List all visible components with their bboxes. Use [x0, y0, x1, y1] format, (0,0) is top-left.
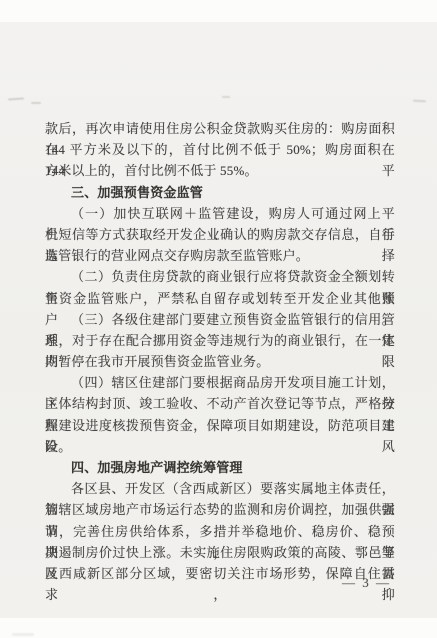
scan-artifact	[222, 96, 230, 98]
body-line: 144 平方米及以下的，首付比例不低于 50%；购房面积在 144 平	[45, 139, 395, 160]
body-line: （三）各级住建部门要建立预售资金监管银行的信用管理体	[45, 309, 395, 330]
body-line: （二）负责住房贷款的商业银行应将贷款资金全额划转至预	[45, 266, 395, 287]
scan-artifact	[31, 102, 41, 104]
body-line: 程建设进度核拨预售资金，保障项目如期建设，防范项目建设风	[45, 415, 395, 436]
body-line: 节，完善住房供给体系，多措并举稳地价、稳房价、稳预期，坚	[45, 521, 395, 542]
body-line: 各区县、开发区（含西咸新区）要落实属地主体责任，加强	[45, 478, 395, 499]
scanned-document-canvas: 款后，再次申请使用住房公积金贷款购买住房的：购房面积在 144 平方米及以下的，…	[0, 0, 437, 638]
body-line: 决遏制房价过快上涨。未实施住房限购政策的高陵、鄠邑等区县	[45, 542, 395, 563]
document-page: 款后，再次申请使用住房公积金贷款购买住房的：购房面积在 144 平方米及以下的，…	[0, 22, 437, 618]
section-heading-4: 四、加强房地产调控统筹管理	[45, 457, 395, 478]
body-line: 主体结构封顶、竣工验收、不动产首次登记等节点，严格按照工	[45, 393, 395, 414]
body-line: 款后，再次申请使用住房公积金贷款购买住房的：购房面积在	[45, 118, 395, 139]
scan-artifact	[413, 100, 426, 103]
document-text-block: 款后，再次申请使用住房公积金贷款购买住房的：购房面积在 144 平方米及以下的，…	[45, 118, 395, 584]
scan-artifact	[12, 633, 34, 636]
body-line: 售资金监管账户，严禁私自留存或划转至开发企业其他账户。	[45, 288, 395, 309]
body-line: 管辖区域房地产市场运行态势的监测和房价调控，加强供需调	[45, 499, 395, 520]
body-line: （四）辖区住建部门要根据商品房开发项目施工计划，区分	[45, 372, 395, 393]
section-heading-3: 三、加强预售资金监管	[45, 182, 395, 203]
body-line: 机短信等方式获取经开发企业确认的购房款交存信息，自行选择	[45, 224, 395, 245]
body-line: 系，对于存在配合挪用资金等违规行为的商业银行，在一定期限	[45, 330, 395, 351]
page-number: — 3 —	[342, 575, 391, 591]
scan-artifact	[8, 97, 24, 100]
body-line: （一）加快互联网＋监管建设，购房人可通过网上平台、手	[45, 203, 395, 224]
